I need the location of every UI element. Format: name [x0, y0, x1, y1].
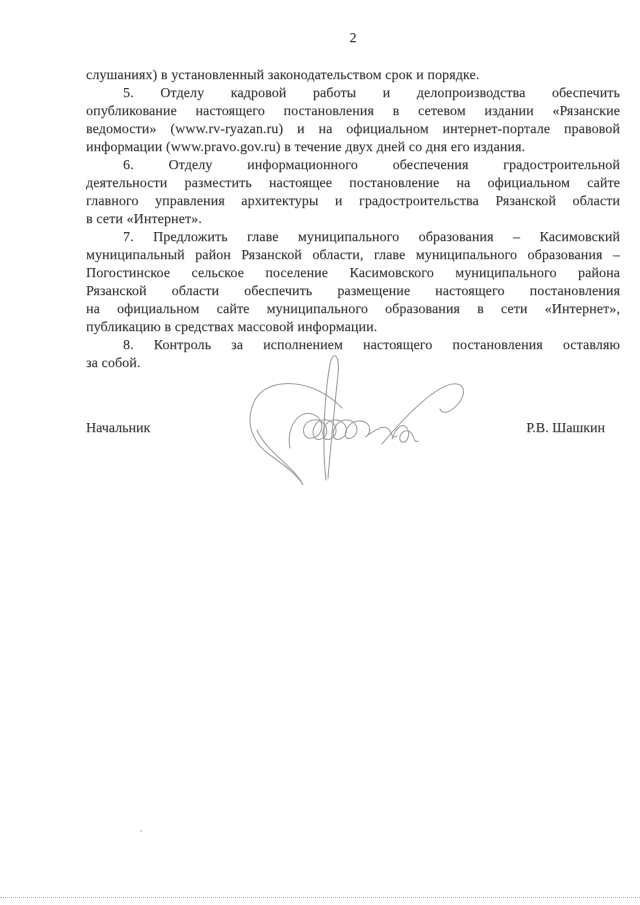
text-line: в сети «Интернет».: [86, 211, 620, 229]
page-number: 2: [86, 31, 620, 47]
text-line: Погостинское сельское поселение Касимовс…: [86, 265, 620, 283]
text-line: на официальном сайте муниципального обра…: [86, 301, 620, 319]
text-line: слушаниях) в установленный законодательс…: [86, 67, 620, 85]
text-line: деятельности разместить настоящее постан…: [86, 175, 620, 193]
text-line: Рязанской области обеспечить размещение …: [86, 283, 620, 301]
signatory-name: Р.В. Шашкин: [526, 421, 605, 437]
text-line: информации (www.pravo.gov.ru) в течение …: [86, 139, 620, 157]
text-line: 7. Предложить главе муниципального образ…: [86, 229, 620, 247]
scanned-document-page: 2 слушаниях) в установленный законодател…: [0, 0, 640, 905]
text-line: ведомости» (www.rv-ryazan.ru) и на офици…: [86, 121, 620, 139]
signatory-title: Начальник: [86, 421, 150, 437]
page-edge-artifact: [0, 897, 640, 898]
text-line: опубликование настоящего постановления в…: [86, 103, 620, 121]
text-line: муниципальный район Рязанской области, г…: [86, 247, 620, 265]
text-line: публикацию в средствах массовой информац…: [86, 319, 620, 337]
text-line: главного управления архитектуры и градос…: [86, 193, 620, 211]
scan-speck: [140, 830, 142, 832]
signature-scrawl-icon: [240, 348, 480, 488]
document-body: слушаниях) в установленный законодательс…: [86, 67, 620, 373]
text-line: 5. Отделу кадровой работы и делопроизвод…: [86, 85, 620, 103]
text-line: 6. Отделу информационного обеспечения гр…: [86, 157, 620, 175]
